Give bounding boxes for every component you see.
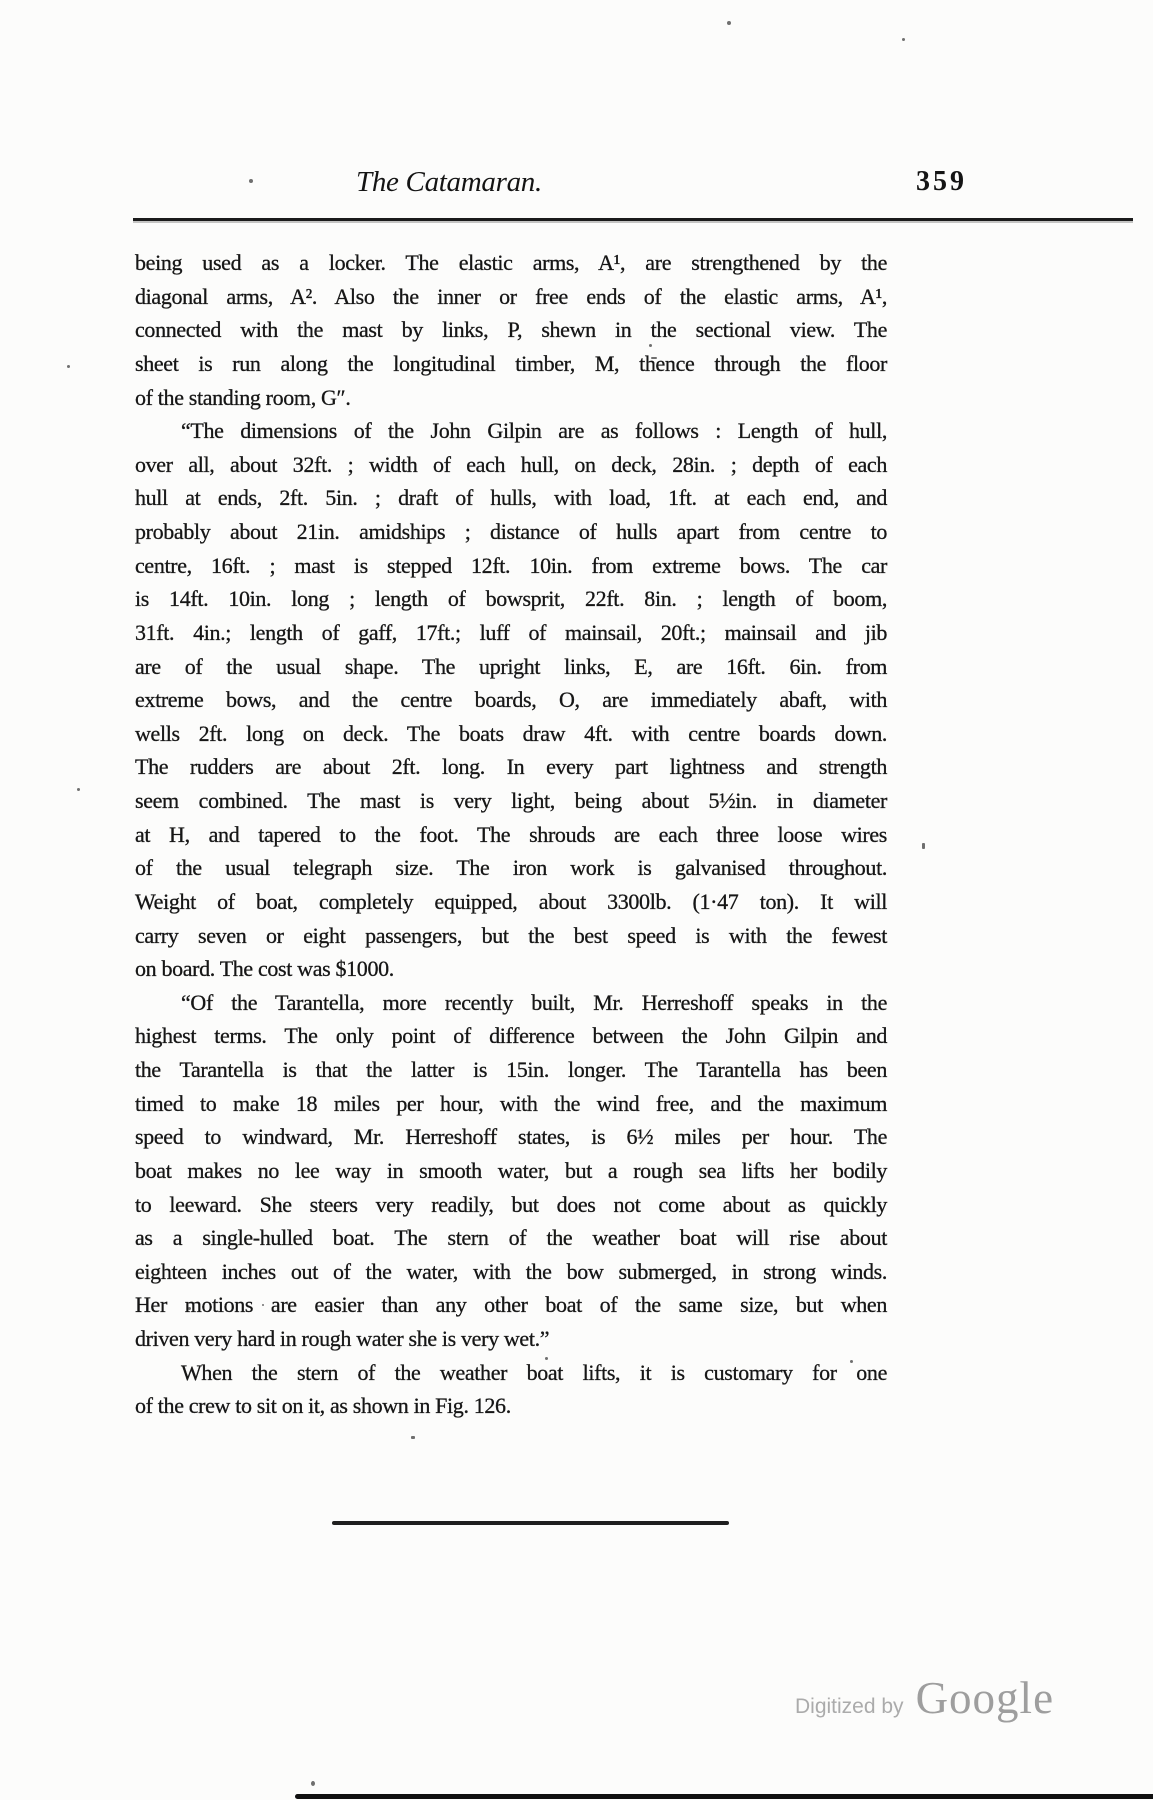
text-line: extreme bows, and the centre boards, O, … — [135, 683, 887, 717]
section-divider-rule — [332, 1521, 729, 1525]
text-line: 31ft. 4in.; length of gaff, 17ft.; luff … — [135, 616, 887, 650]
text-line: carry seven or eight passengers, but the… — [135, 919, 887, 953]
page-number: 359 — [916, 166, 967, 198]
text-line: of the crew to sit on it, as shown in Fi… — [135, 1389, 887, 1423]
ink-speck — [651, 357, 657, 359]
ink-speck — [249, 179, 253, 183]
text-line: eighteen inches out of the water, with t… — [135, 1255, 887, 1289]
text-line: at H, and tapered to the foot. The shrou… — [135, 818, 887, 852]
ink-speck — [262, 1304, 264, 1306]
running-head: The Catamaran. 359 — [0, 166, 1153, 206]
text-line: speed to windward, Mr. Herreshoff states… — [135, 1120, 887, 1154]
text-line: to leeward. She steers very readily, but… — [135, 1188, 887, 1222]
text-line: highest terms. The only point of differe… — [135, 1019, 887, 1053]
text-line: as a single-hulled boat. The stern of th… — [135, 1221, 887, 1255]
text-line: is 14ft. 10in. long ; length of bowsprit… — [135, 582, 887, 616]
ink-speck — [77, 788, 80, 791]
text-line: wells 2ft. long on deck. The boats draw … — [135, 717, 887, 751]
text-line: the Tarantella is that the latter is 15i… — [135, 1053, 887, 1087]
text-line: of the usual telegraph size. The iron wo… — [135, 851, 887, 885]
ink-speck — [242, 1405, 245, 1408]
text-line: “The dimensions of the John Gilpin are a… — [135, 414, 887, 448]
text-line: Weight of boat, completely equipped, abo… — [135, 885, 887, 919]
text-line: being used as a locker. The elastic arms… — [135, 246, 887, 280]
text-line: driven very hard in rough water she is v… — [135, 1322, 887, 1356]
watermark-prefix: Digitized by — [795, 1695, 904, 1719]
ink-speck — [727, 21, 731, 25]
ink-speck — [649, 344, 652, 347]
text-line: centre, 16ft. ; mast is stepped 12ft. 10… — [135, 549, 887, 583]
text-line: boat makes no lee way in smooth water, b… — [135, 1154, 887, 1188]
google-logo: Google — [916, 1672, 1054, 1724]
text-line: connected with the mast by links, P, she… — [135, 313, 887, 347]
body-text: being used as a locker. The elastic arms… — [135, 246, 887, 1423]
ink-speck — [188, 1307, 191, 1310]
text-line: The rudders are about 2ft. long. In ever… — [135, 750, 887, 784]
digitized-by-google-watermark: Digitized by Google — [795, 1672, 1054, 1724]
text-line: are of the usual shape. The upright link… — [135, 650, 887, 684]
text-line: Her motions are easier than any other bo… — [135, 1288, 887, 1322]
text-line: over all, about 32ft. ; width of each hu… — [135, 448, 887, 482]
text-line: seem combined. The mast is very light, b… — [135, 784, 887, 818]
text-line: on board. The cost was $1000. — [135, 952, 887, 986]
ink-speck — [67, 365, 70, 368]
text-line: probably about 21in. amidships ; distanc… — [135, 515, 887, 549]
ink-speck — [850, 1360, 853, 1363]
ink-speck — [922, 843, 925, 849]
header-rule — [133, 218, 1133, 221]
text-line: sheet is run along the longitudinal timb… — [135, 347, 887, 381]
text-line: of the standing room, G″. — [135, 381, 887, 415]
text-line: When the stern of the weather boat lifts… — [135, 1356, 887, 1390]
scan-edge-bar — [295, 1794, 1153, 1799]
scanned-book-page: The Catamaran. 359 being used as a locke… — [0, 0, 1153, 1800]
ink-speck — [545, 1357, 548, 1360]
ink-speck — [411, 1436, 415, 1439]
text-line: hull at ends, 2ft. 5in. ; draft of hulls… — [135, 481, 887, 515]
text-line: timed to make 18 miles per hour, with th… — [135, 1087, 887, 1121]
text-line: “Of the Tarantella, more recently built,… — [135, 986, 887, 1020]
text-line: diagonal arms, A². Also the inner or fre… — [135, 280, 887, 314]
ink-speck — [902, 38, 905, 41]
ink-speck — [311, 1781, 315, 1786]
running-head-title: The Catamaran. — [356, 166, 542, 199]
